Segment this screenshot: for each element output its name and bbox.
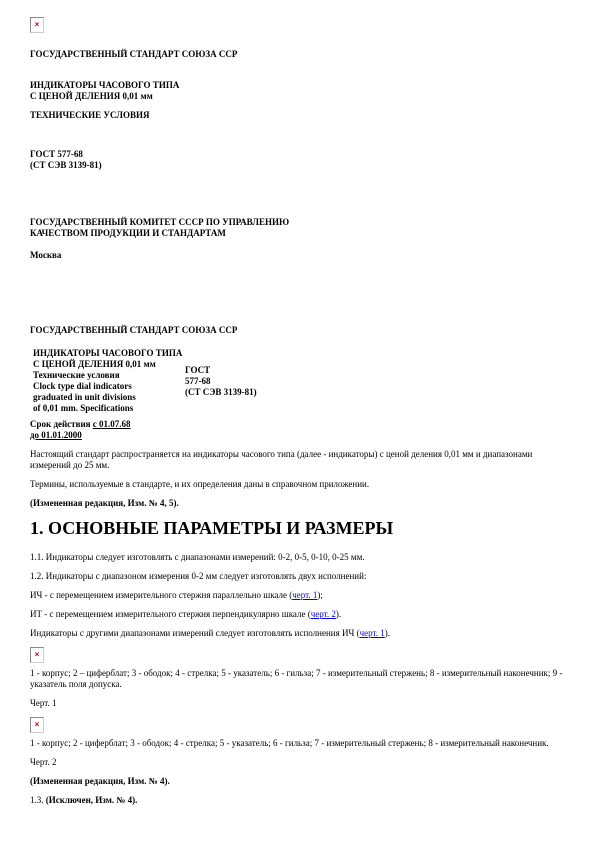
- name-line: С ЦЕНОЙ ДЕЛЕНИЯ 0,01 мм: [33, 359, 185, 370]
- broken-image-icon: ×: [30, 717, 44, 733]
- terms-paragraph: Термины, используемые в стандарте, и их …: [30, 479, 570, 490]
- section-1-heading: 1. ОСНОВНЫЕ ПАРАМЕТРЫ И РАЗМЕРЫ: [30, 518, 570, 539]
- title-table-name-cell: ИНДИКАТОРЫ ЧАСОВОГО ТИПА С ЦЕНОЙ ДЕЛЕНИЯ…: [30, 348, 185, 414]
- gost-cell-line: ГОСТ: [185, 365, 257, 376]
- broken-image-x-icon: ×: [31, 718, 43, 732]
- gost-number-line2: (СТ СЭВ 3139-81): [30, 160, 102, 170]
- option-it-text: ИТ - с перемещением измерительного стерж…: [30, 609, 311, 619]
- scope-paragraph: Настоящий стандарт распространяется на и…: [30, 449, 570, 471]
- clause-1-1: 1.1. Индикаторы следует изготовлять с ди…: [30, 552, 570, 563]
- gost-number-line1: ГОСТ 577-68: [30, 149, 83, 159]
- name-line: ИНДИКАТОРЫ ЧАСОВОГО ТИПА: [33, 348, 185, 359]
- figure-1-label: Черт. 1: [30, 698, 570, 709]
- figure-1-link-2[interactable]: черт. 1: [360, 628, 385, 638]
- name-line: of 0,01 mm. Specifications: [33, 403, 185, 414]
- title-table: ИНДИКАТОРЫ ЧАСОВОГО ТИПА С ЦЕНОЙ ДЕЛЕНИЯ…: [30, 348, 570, 414]
- other-ranges-text: Индикаторы с другими диапазонами измерен…: [30, 628, 360, 638]
- gost-cell-line: (СТ СЭВ 3139-81): [185, 387, 257, 398]
- committee-name: ГОСУДАРСТВЕННЫЙ КОМИТЕТ СССР ПО УПРАВЛЕН…: [30, 217, 570, 239]
- broken-image-icon: ×: [30, 647, 44, 663]
- figure-1-link[interactable]: черт. 1: [292, 590, 317, 600]
- gost-cell-line: 577-68: [185, 376, 257, 387]
- broken-image-row-figure2: ×: [30, 717, 570, 733]
- option-ich-text: ИЧ - с перемещением измерительного стерж…: [30, 590, 292, 600]
- validity-from: с 01.07.68: [93, 419, 131, 429]
- broken-image-x-icon: ×: [31, 648, 43, 662]
- amendment-note-figures: (Измененная редакция, Изм. № 4).: [30, 776, 570, 787]
- clause-1-3-number: 1.3.: [30, 795, 44, 805]
- validity-to: до 01.01.2000: [30, 430, 82, 440]
- figure-2-link[interactable]: черт. 2: [311, 609, 336, 619]
- gost-number: ГОСТ 577-68 (СТ СЭВ 3139-81): [30, 149, 570, 171]
- validity-label: Срок действия: [30, 419, 91, 429]
- figure-1-caption: 1 - корпус; 2 – циферблат; 3 - ободок; 4…: [30, 668, 570, 690]
- standard-title-repeat: ГОСУДАРСТВЕННЫЙ СТАНДАРТ СОЮЗА ССР: [30, 325, 570, 336]
- clause-1-3: 1.3. (Исключен, Изм. № 4).: [30, 795, 570, 806]
- doc-title-line1: ИНДИКАТОРЫ ЧАСОВОГО ТИПА: [30, 80, 179, 90]
- amendment-note-intro: (Измененная редакция, Изм. № 4, 5).: [30, 498, 570, 509]
- standard-title: ГОСУДАРСТВЕННЫЙ СТАНДАРТ СОЮЗА ССР: [30, 49, 570, 60]
- clause-1-3-text: (Исключен, Изм. № 4).: [46, 795, 138, 805]
- broken-image-x-icon: ×: [31, 18, 43, 32]
- document-page: × ГОСУДАРСТВЕННЫЙ СТАНДАРТ СОЮЗА ССР ИНД…: [0, 0, 595, 806]
- option-ich-tail: );: [317, 590, 323, 600]
- doc-title: ИНДИКАТОРЫ ЧАСОВОГО ТИПА С ЦЕНОЙ ДЕЛЕНИЯ…: [30, 80, 570, 102]
- broken-image-icon: ×: [30, 17, 44, 33]
- name-line: Clock type dial indicators: [33, 381, 185, 392]
- name-line: Технические условия: [33, 370, 185, 381]
- figure-2-caption: 1 - корпус; 2 - циферблат; 3 - ободок; 4…: [30, 738, 570, 749]
- other-ranges-tail: ).: [385, 628, 390, 638]
- validity-period: Срок действия с 01.07.68 до 01.01.2000: [30, 419, 570, 441]
- broken-image-row-top: ×: [30, 17, 570, 33]
- clause-1-2: 1.2. Индикаторы с диапазоном измерения 0…: [30, 571, 570, 582]
- city-label: Москва: [30, 250, 570, 261]
- committee-line2: КАЧЕСТВОМ ПРОДУКЦИИ И СТАНДАРТАМ: [30, 228, 226, 238]
- name-line: graduated in unit divisions: [33, 392, 185, 403]
- other-ranges: Индикаторы с другими диапазонами измерен…: [30, 628, 570, 639]
- option-it: ИТ - с перемещением измерительного стерж…: [30, 609, 570, 620]
- figure-2-label: Черт. 2: [30, 757, 570, 768]
- broken-image-row-figure1: ×: [30, 647, 570, 663]
- committee-line1: ГОСУДАРСТВЕННЫЙ КОМИТЕТ СССР ПО УПРАВЛЕН…: [30, 217, 289, 227]
- title-table-gost-cell: ГОСТ 577-68 (СТ СЭВ 3139-81): [185, 365, 257, 398]
- option-it-tail: ).: [336, 609, 341, 619]
- option-ich: ИЧ - с перемещением измерительного стерж…: [30, 590, 570, 601]
- doc-subtitle: ТЕХНИЧЕСКИЕ УСЛОВИЯ: [30, 110, 570, 121]
- doc-title-line2: С ЦЕНОЙ ДЕЛЕНИЯ 0,01 мм: [30, 91, 153, 101]
